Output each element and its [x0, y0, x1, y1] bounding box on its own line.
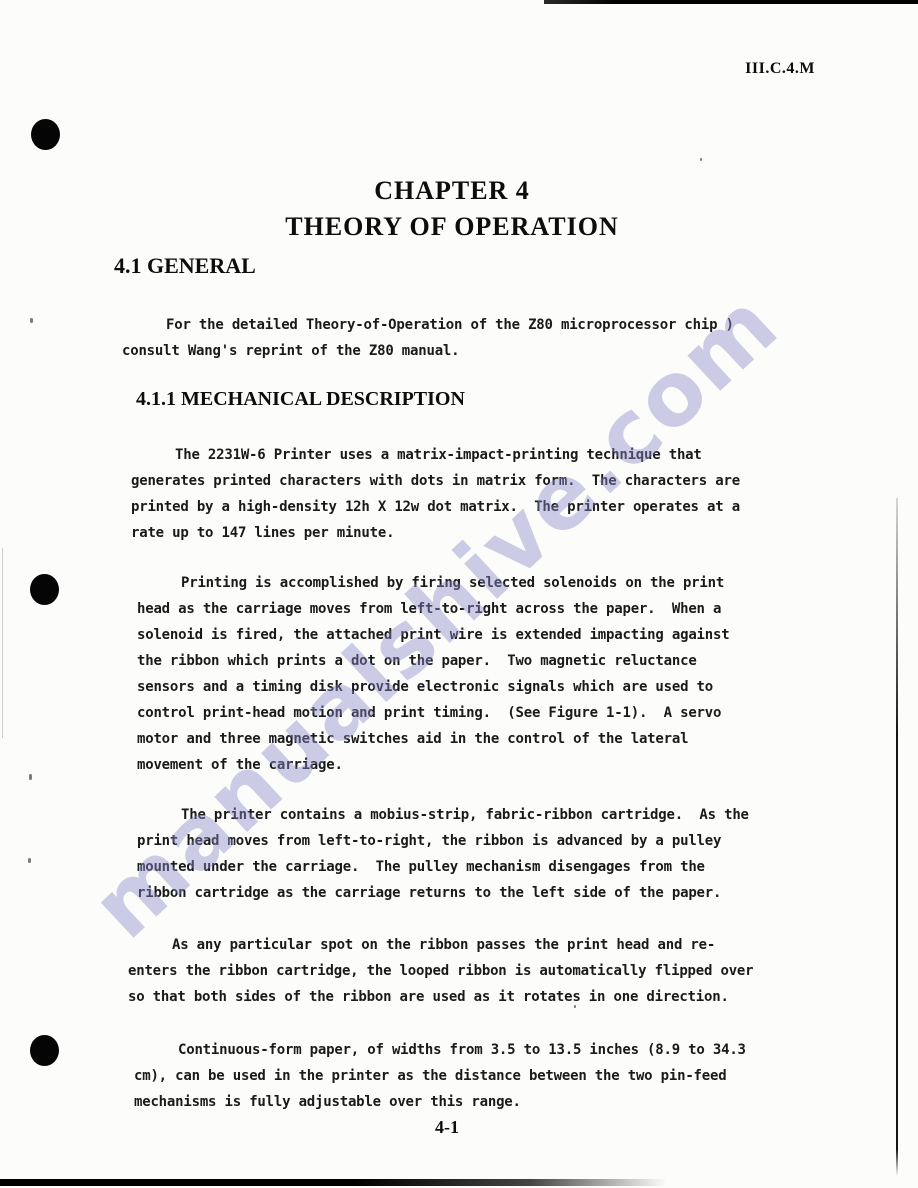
- hole-punch-mark: [30, 574, 59, 605]
- section-heading-mechanical: 4.1.1 MECHANICAL DESCRIPTION: [136, 388, 465, 411]
- scan-edge-left: [2, 548, 3, 738]
- paragraph-printing-solenoids: Printing is accomplished by firing selec…: [137, 570, 729, 778]
- scan-speck: [700, 158, 702, 161]
- paragraph-ribbon-flip: As any particular spot on the ribbon pas…: [128, 932, 753, 1010]
- text-line: printed by a high-density 12h X 12w dot …: [131, 494, 740, 520]
- text-line: ribbon cartridge as the carriage returns…: [137, 880, 749, 906]
- text-line: the ribbon which prints a dot on the pap…: [137, 648, 729, 674]
- doc-code: III.C.4.M: [600, 60, 815, 78]
- scanned-manual-page: III.C.4.M CHAPTER 4 THEORY OF OPERATION …: [0, 0, 918, 1188]
- text-line: motor and three magnetic switches aid in…: [137, 726, 729, 752]
- text-line: Printing is accomplished by firing selec…: [137, 570, 729, 596]
- text-line: rate up to 147 lines per minute.: [131, 520, 740, 546]
- hole-punch-mark: [30, 1035, 59, 1066]
- chapter-title-heading: THEORY OF OPERATION: [0, 212, 904, 242]
- text-line: The printer contains a mobius-strip, fab…: [137, 802, 749, 828]
- text-line: control print-head motion and print timi…: [137, 700, 729, 726]
- paragraph-ribbon-cartridge: The printer contains a mobius-strip, fab…: [137, 802, 749, 906]
- text-line: enters the ribbon cartridge, the looped …: [128, 958, 753, 984]
- text-line: movement of the carriage.: [137, 752, 729, 778]
- text-line: generates printed characters with dots i…: [131, 468, 740, 494]
- text-line: For the detailed Theory-of-Operation of …: [122, 312, 734, 338]
- paragraph-general-intro: For the detailed Theory-of-Operation of …: [122, 312, 734, 364]
- text-line: cm), can be used in the printer as the d…: [134, 1063, 746, 1089]
- text-line: As any particular spot on the ribbon pas…: [128, 932, 753, 958]
- scan-speck: [30, 318, 33, 323]
- scan-edge-bottom: [0, 1179, 680, 1186]
- section-heading-general: 4.1 GENERAL: [114, 253, 256, 279]
- chapter-number-heading: CHAPTER 4: [0, 176, 904, 206]
- text-line: consult Wang's reprint of the Z80 manual…: [122, 338, 734, 364]
- paragraph-printer-matrix: The 2231W-6 Printer uses a matrix-impact…: [131, 442, 740, 546]
- scan-edge-right: [896, 498, 898, 1176]
- scan-speck: [29, 774, 32, 780]
- text-line: The 2231W-6 Printer uses a matrix-impact…: [131, 442, 740, 468]
- hole-punch-mark: [31, 119, 60, 150]
- text-line: sensors and a timing disk provide electr…: [137, 674, 729, 700]
- text-line: mechanisms is fully adjustable over this…: [134, 1089, 746, 1115]
- page-number: 4-1: [0, 1117, 894, 1138]
- scan-speck: [28, 858, 31, 863]
- text-line: print head moves from left-to-right, the…: [137, 828, 749, 854]
- text-line: mounted under the carriage. The pulley m…: [137, 854, 749, 880]
- text-line: head as the carriage moves from left-to-…: [137, 596, 729, 622]
- text-line: solenoid is fired, the attached print wi…: [137, 622, 729, 648]
- scan-edge-top: [544, 0, 918, 4]
- paragraph-continuous-form-paper: Continuous-form paper, of widths from 3.…: [134, 1037, 746, 1115]
- text-line: so that both sides of the ribbon are use…: [128, 984, 753, 1010]
- text-line: Continuous-form paper, of widths from 3.…: [134, 1037, 746, 1063]
